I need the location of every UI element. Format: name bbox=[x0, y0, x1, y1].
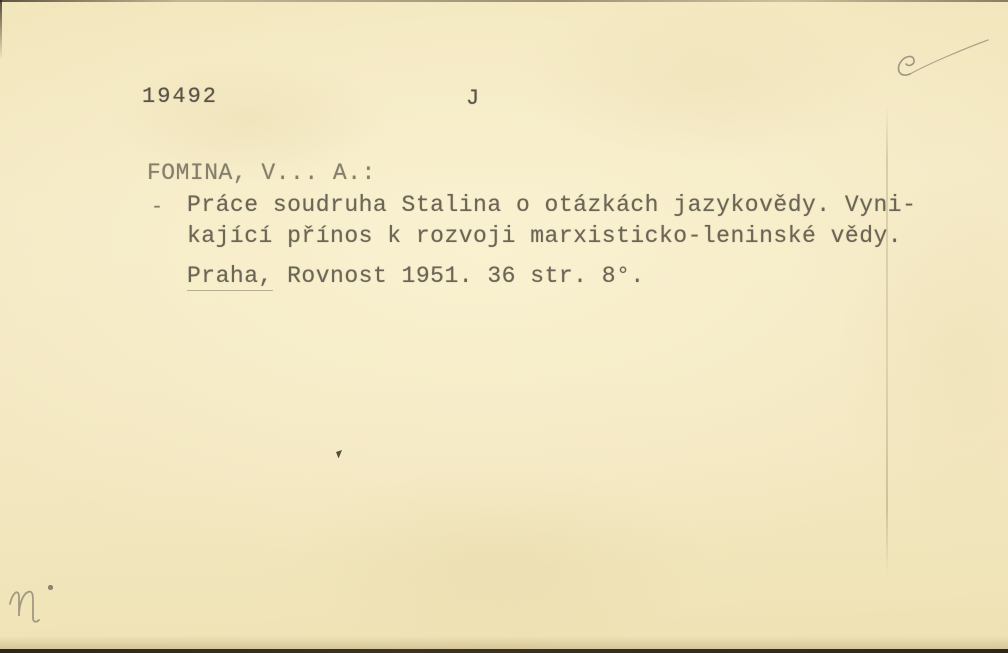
scan-edge-bottom-shadow bbox=[0, 636, 1008, 650]
title-line-2: kající přínos k rozvoji marxisticko-leni… bbox=[187, 223, 902, 249]
handwritten-m-mark bbox=[6, 582, 54, 628]
call-number: 19492 bbox=[142, 84, 218, 109]
title-line-1: Práce soudruha Stalina o otázkách jazyko… bbox=[187, 192, 916, 218]
pencil-dot-mark bbox=[48, 585, 53, 590]
imprint-line: Praha, Rovnost 1951. 36 str. 8°. bbox=[187, 263, 645, 289]
imprint-place: Praha, bbox=[187, 263, 273, 291]
entry-dash: - bbox=[151, 196, 164, 219]
handwritten-c-mark bbox=[888, 36, 993, 88]
ink-speck bbox=[335, 449, 344, 460]
paper-crease-line bbox=[886, 105, 888, 575]
author-heading: FOMINA, V... A.: bbox=[147, 160, 376, 186]
section-letter: J bbox=[466, 86, 480, 111]
scan-edge-bottom bbox=[0, 649, 1008, 653]
scan-edge-left bbox=[0, 0, 2, 60]
catalog-card: 19492 J FOMINA, V... A.: - Práce soudruh… bbox=[0, 0, 1008, 653]
imprint-details: Rovnost 1951. 36 str. 8°. bbox=[273, 263, 645, 289]
scan-edge-top bbox=[0, 0, 1008, 2]
